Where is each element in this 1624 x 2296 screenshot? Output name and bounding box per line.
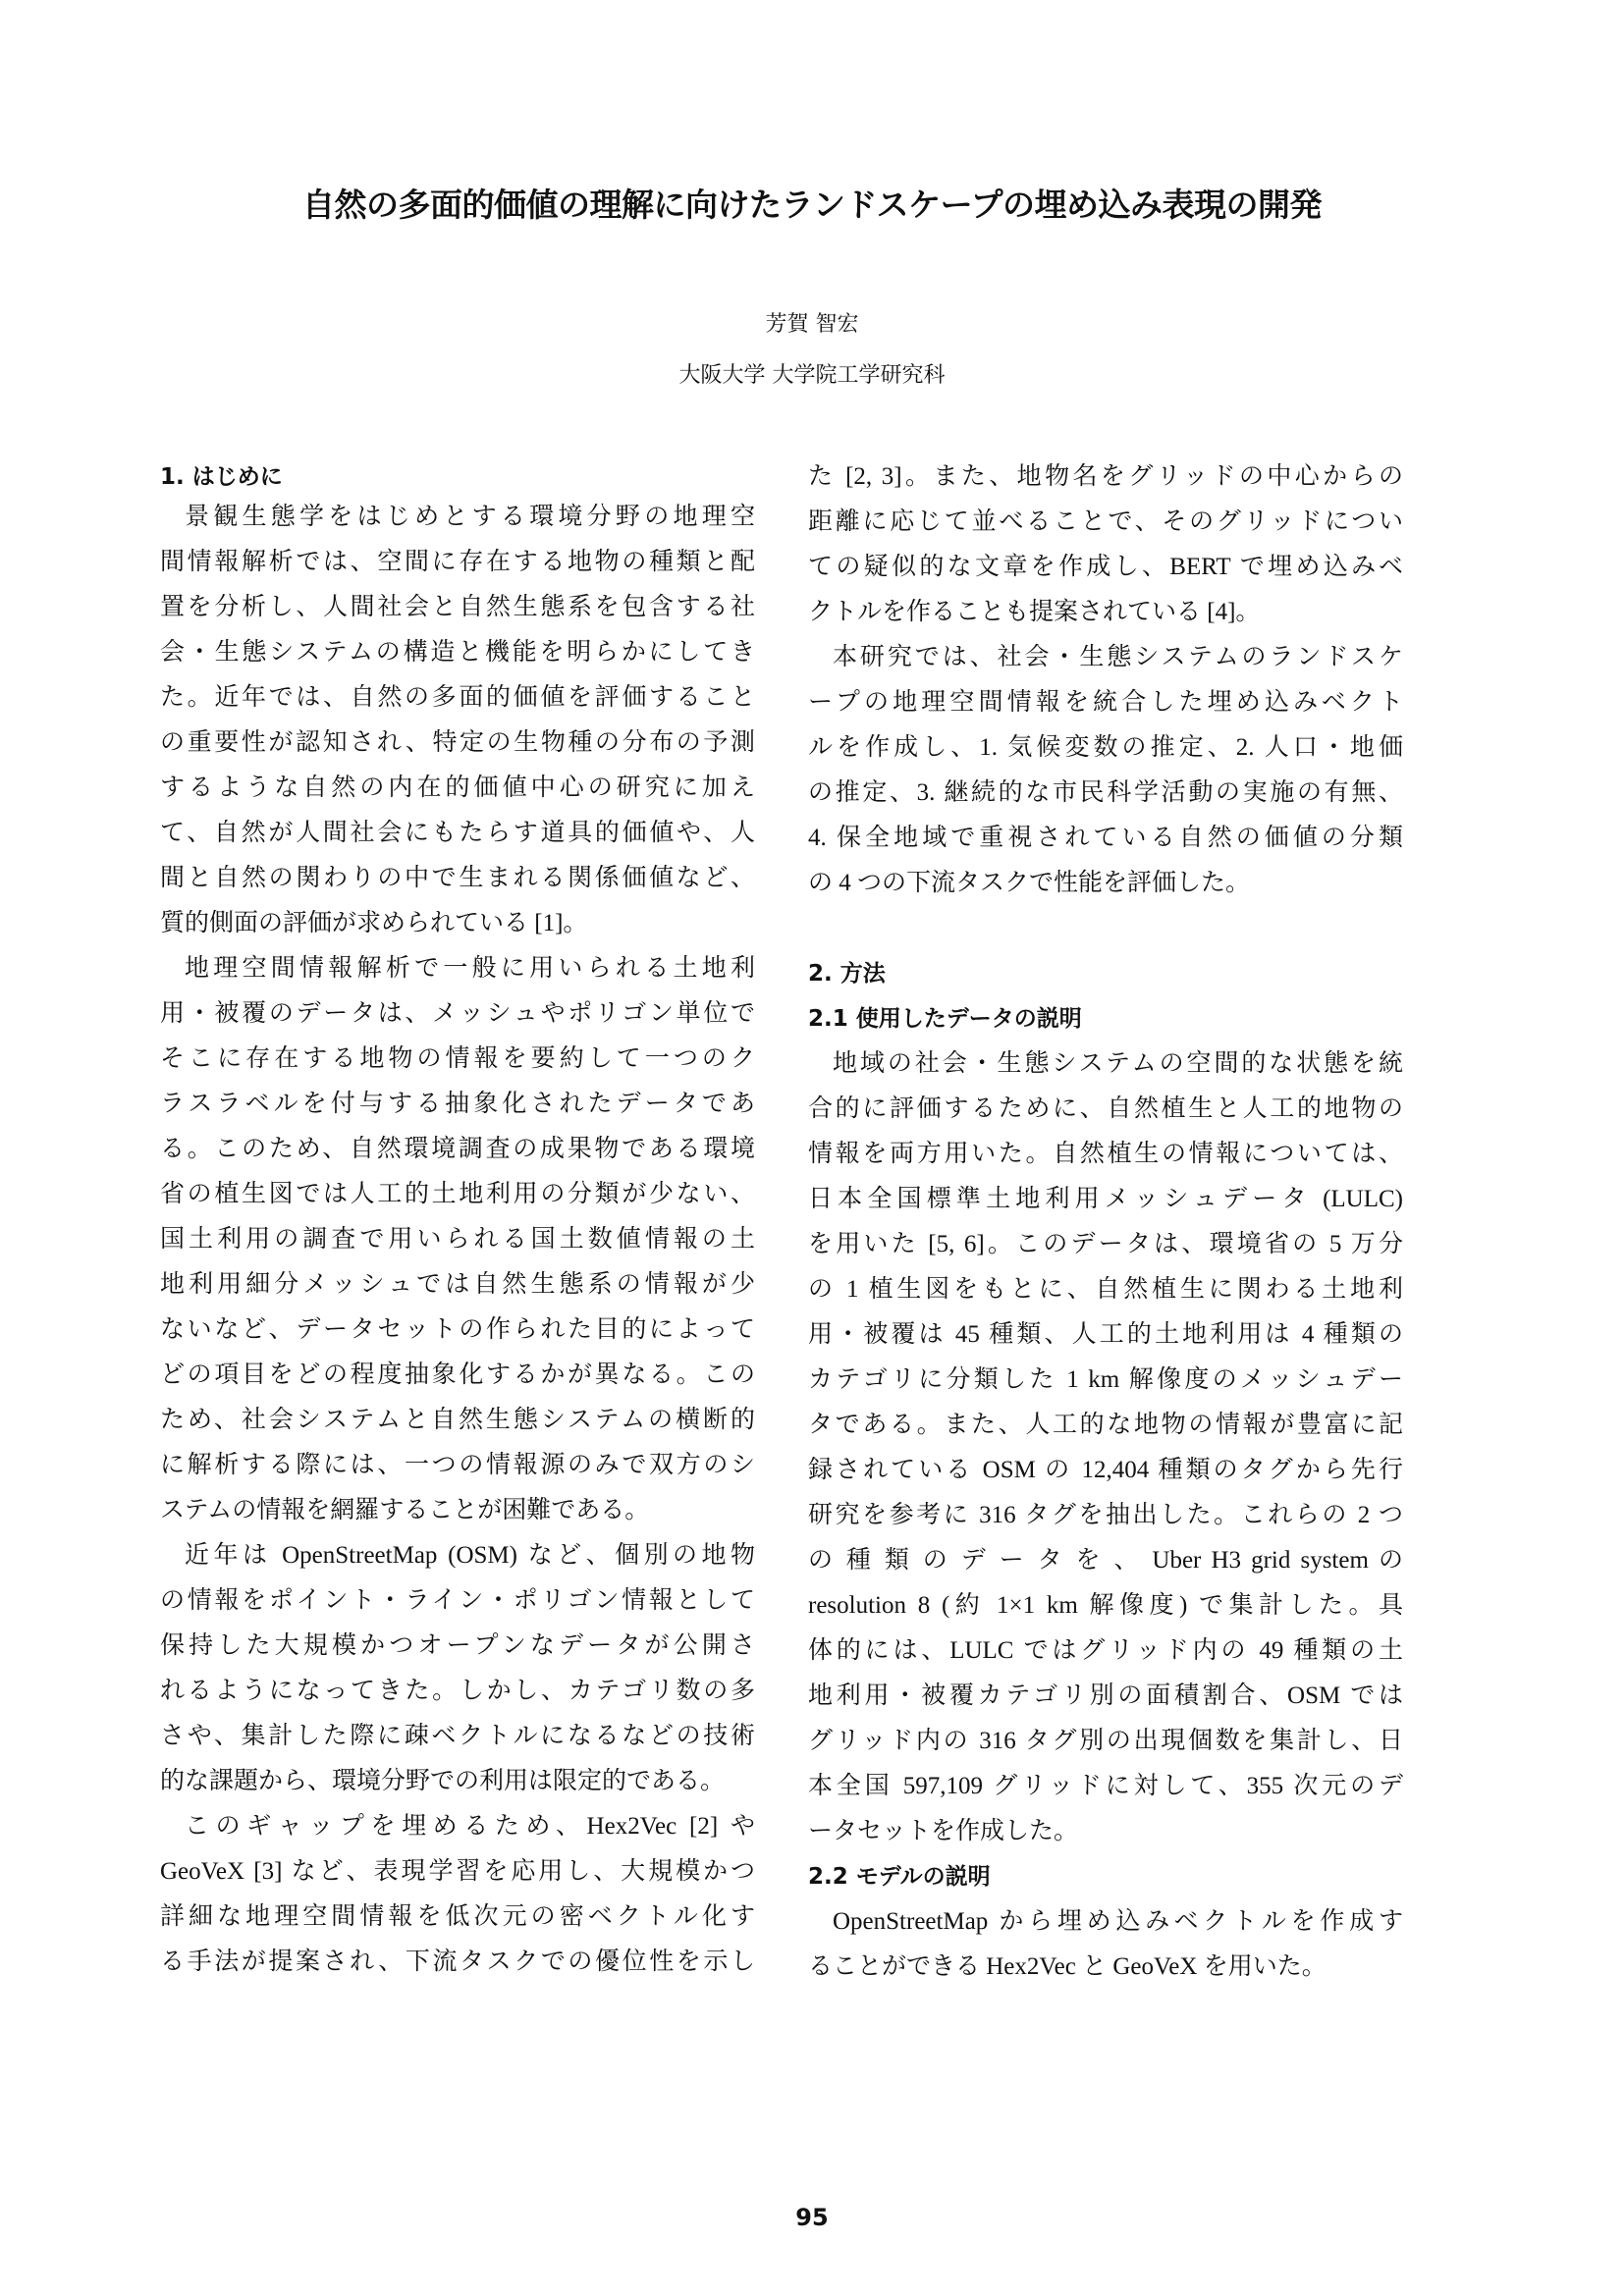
text-line: 地利用細分メッシュでは自然生態系の情報が少 xyxy=(160,1262,755,1308)
text-line: に解析する際には、一つの情報源のみで双方のシ xyxy=(160,1443,755,1488)
paper-page: 自然の多面的価値の理解に向けたランドスケープの埋め込み表現の開発 芳賀 智宏 大… xyxy=(0,0,1624,2296)
text-line: このギャップを埋めるため、Hex2Vec [2] や xyxy=(160,1804,755,1849)
text-line: するような自然の内在的価値中心の研究に加え xyxy=(160,766,755,811)
text-line: どの項目をどの程度抽象化するかが異なる。この xyxy=(160,1353,755,1398)
text-line: 保持した大規模かつオープンなデータが公開さ xyxy=(160,1624,755,1669)
paragraph-intro-4: このギャップを埋めるため、Hex2Vec [2] や GeoVeX [3] など… xyxy=(160,1804,755,1985)
text-line: 地利用・被覆カテゴリ別の面積割合、OSM では xyxy=(808,1674,1403,1719)
text-line: 地理空間情報解析で一般に用いられる土地利 xyxy=(160,946,755,991)
text-line: ての疑似的な文章を作成し、BERT で埋め込みベ xyxy=(808,545,1403,590)
paragraph-intro-1: 景観生態学をはじめとする環境分野の地理空 間情報解析では、空間に存在する地物の種… xyxy=(160,495,755,946)
text-line: 本研究では、社会・生態システムのランドスケ xyxy=(808,635,1403,680)
text-line: ないなど、データセットの作られた目的によって xyxy=(160,1308,755,1353)
section-heading-methods: 2. 方法 xyxy=(808,951,1403,996)
text-line: 省の植生図では人工的土地利用の分類が少ない、 xyxy=(160,1172,755,1217)
paragraph-intro-2: 地理空間情報解析で一般に用いられる土地利 用・被覆のデータは、メッシュやポリゴン… xyxy=(160,946,755,1533)
text-line: 録されている OSM の 12,404 種類のタグから先行 xyxy=(808,1448,1403,1493)
author-affiliation: 大阪大学 大学院工学研究科 xyxy=(0,361,1624,391)
text-line: ルを作成し、1. 気候変数の推定、2. 人口・地価 xyxy=(808,725,1403,771)
text-line: 質的側面の評価が求められている [1]。 xyxy=(160,901,755,946)
paragraph-intro-5: 本研究では、社会・生態システムのランドスケ ープの地理空間情報を統合した埋め込み… xyxy=(808,635,1403,906)
text-line: た [2, 3]。また、地物名をグリッドの中心からの xyxy=(808,454,1403,500)
text-line: ープの地理空間情報を統合した埋め込みベクト xyxy=(808,680,1403,725)
text-line: グリッド内の 316 タグ別の出現個数を集計し、日 xyxy=(808,1719,1403,1764)
text-line: 国土利用の調査で用いられる国土数値情報の土 xyxy=(160,1217,755,1262)
text-line: る手法が提案され、下流タスクでの優位性を示し xyxy=(160,1940,755,1985)
text-line: て、自然が人間社会にもたらす道具的価値や、人 xyxy=(160,811,755,856)
paragraph-intro-3: 近年は OpenStreetMap (OSM) など、個別の地物 の情報をポイン… xyxy=(160,1533,755,1804)
text-line: 置を分析し、人間社会と自然生態系を包含する社 xyxy=(160,585,755,630)
text-line: OpenStreetMap から埋め込みベクトルを作成す xyxy=(808,1899,1403,1945)
text-line: れるようになってきた。しかし、カテゴリ数の多 xyxy=(160,1669,755,1714)
right-column: た [2, 3]。また、地物名をグリッドの中心からの 距離に応じて並べることで、… xyxy=(808,459,1403,1990)
text-line: る。このため、自然環境調査の成果物である環境 xyxy=(160,1127,755,1172)
text-line: 研究を参考に 316 タグを抽出した。これらの 2 つ xyxy=(808,1493,1403,1538)
text-line: 用・被覆のデータは、メッシュやポリゴン単位で xyxy=(160,991,755,1037)
text-line: resolution 8 (約 1×1 km 解像度) で集計した。具 xyxy=(808,1583,1403,1629)
text-line: ータセットを作成した。 xyxy=(808,1809,1403,1854)
paragraph-model-description: OpenStreetMap から埋め込みベクトルを作成す ることができる Hex… xyxy=(808,1899,1403,1990)
text-line: 情報を両方用いた。自然植生の情報については、 xyxy=(808,1132,1403,1177)
paper-title: 自然の多面的価値の理解に向けたランドスケープの埋め込み表現の開発 xyxy=(0,183,1624,228)
text-line: さや、集計した際に疎ベクトルになるなどの技術 xyxy=(160,1714,755,1759)
text-line: 合的に評価するために、自然植生と人工的地物の xyxy=(808,1087,1403,1132)
text-line: タである。また、人工的な地物の情報が豊富に記 xyxy=(808,1403,1403,1448)
section-heading-introduction: 1. はじめに xyxy=(160,459,755,495)
text-line: カテゴリに分類した 1 km 解像度のメッシュデー xyxy=(808,1358,1403,1403)
author-name: 芳賀 智宏 xyxy=(0,310,1624,340)
text-line: 的な課題から、環境分野での利用は限定的である。 xyxy=(160,1759,755,1804)
text-line: 距離に応じて並べることで、そのグリッドについ xyxy=(808,500,1403,545)
text-line: ステムの情報を網羅することが困難である。 xyxy=(160,1488,755,1533)
text-line: 地域の社会・生態システムの空間的な状態を統 xyxy=(808,1041,1403,1087)
subsection-heading-model: 2.2 モデルの説明 xyxy=(808,1854,1403,1899)
text-line: 本全国 597,109 グリッドに対して、355 次元のデ xyxy=(808,1764,1403,1809)
paragraph-data-description: 地域の社会・生態システムの空間的な状態を統 合的に評価するために、自然植生と人工… xyxy=(808,1041,1403,1854)
text-line: た。近年では、自然の多面的価値を評価すること xyxy=(160,675,755,721)
text-line: を用いた [5, 6]。このデータは、環境省の 5 万分 xyxy=(808,1222,1403,1267)
text-line: 間と自然の関わりの中で生まれる関係価値など、 xyxy=(160,856,755,901)
text-line: の重要性が認知され、特定の生物種の分布の予測 xyxy=(160,721,755,766)
text-line: そこに存在する地物の情報を要約して一つのク xyxy=(160,1037,755,1082)
text-line: の 種 類 の デ ー タ を 、 Uber H3 grid system の xyxy=(808,1538,1403,1583)
text-line: 4. 保全地域で重視されている自然の価値の分類 xyxy=(808,816,1403,861)
text-line: 体的には、LULC ではグリッド内の 49 種類の土 xyxy=(808,1629,1403,1674)
subsection-heading-data: 2.1 使用したデータの説明 xyxy=(808,996,1403,1041)
text-line: ため、社会システムと自然生態システムの横断的 xyxy=(160,1398,755,1443)
text-line: クトルを作ることも提案されている [4]。 xyxy=(808,590,1403,635)
text-line: 日本全国標準土地利用メッシュデータ (LULC) xyxy=(808,1177,1403,1222)
text-line: 詳細な地理空間情報を低次元の密ベクトル化す xyxy=(160,1895,755,1940)
text-line: 間情報解析では、空間に存在する地物の種類と配 xyxy=(160,540,755,585)
paragraph-intro-4-continued: た [2, 3]。また、地物名をグリッドの中心からの 距離に応じて並べることで、… xyxy=(808,454,1403,635)
text-line: ることができる Hex2Vec と GeoVeX を用いた。 xyxy=(808,1945,1403,1990)
text-line: の情報をポイント・ライン・ポリゴン情報として xyxy=(160,1578,755,1624)
text-line: の 4 つの下流タスクで性能を評価した。 xyxy=(808,861,1403,906)
page-number: 95 xyxy=(0,2203,1624,2232)
text-line: の推定、3. 継続的な市民科学活動の実施の有無、 xyxy=(808,771,1403,816)
text-line: の 1 植生図をもとに、自然植生に関わる土地利 xyxy=(808,1267,1403,1312)
left-column: 1. はじめに 景観生態学をはじめとする環境分野の地理空 間情報解析では、空間に… xyxy=(160,459,755,1985)
text-line: GeoVeX [3] など、表現学習を応用し、大規模かつ xyxy=(160,1849,755,1895)
section-gap xyxy=(808,906,1403,951)
text-line: 景観生態学をはじめとする環境分野の地理空 xyxy=(160,495,755,540)
text-line: 用・被覆は 45 種類、人工的土地利用は 4 種類の xyxy=(808,1312,1403,1358)
text-line: 近年は OpenStreetMap (OSM) など、個別の地物 xyxy=(160,1533,755,1578)
text-line: 会・生態システムの構造と機能を明らかにしてき xyxy=(160,630,755,675)
text-line: ラスラベルを付与する抽象化されたデータであ xyxy=(160,1082,755,1127)
